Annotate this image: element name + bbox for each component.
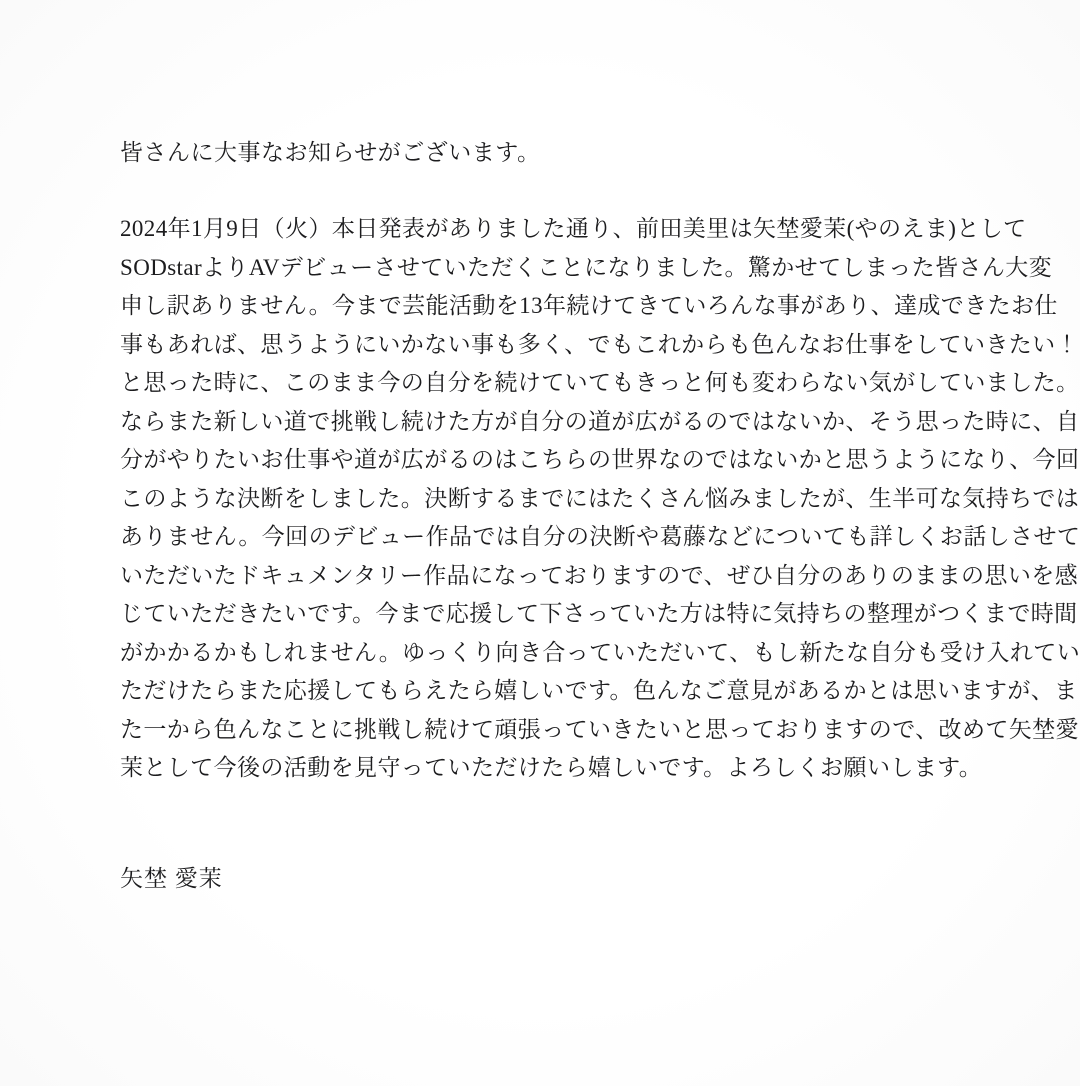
body-line: 分がやりたいお仕事や道が広がるのはこちらの世界なのではないかと思うようになり、今… (120, 441, 968, 480)
body-line: ならまた新しい道で挑戦し続けた方が自分の道が広がるのではないか、そう思った時に、… (120, 403, 968, 442)
letter-content: 皆さんに大事なお知らせがございます。 2024年1月9日（火）本日発表がありまし… (120, 138, 968, 917)
letter-page: 皆さんに大事なお知らせがございます。 2024年1月9日（火）本日発表がありまし… (0, 0, 1080, 1086)
body-line: じていただきたいです。今まで応援して下さっていた方は特に気持ちの整理がつくまで時… (120, 595, 968, 634)
body-line: いただいたドキュメンタリー作品になっておりますので、ぜひ自分のありのままの思いを… (120, 557, 968, 596)
body-line: 申し訳ありません。今まで芸能活動を13年続けてきていろんな事があり、達成できたお… (120, 287, 968, 326)
body-line: 事もあれば、思うようにいかない事も多く、でもこれからも色んなお仕事をしていきたい… (120, 326, 968, 365)
body-line: このような決断をしました。決断するまでにはたくさん悩みましたが、生半可な気持ちで… (120, 480, 968, 519)
body-line: ありません。今回のデビュー作品では自分の決断や葛藤などについても詳しくお話しさせ… (120, 518, 968, 557)
body-line: がかかるかもしれません。ゆっくり向き合っていただいて、もし新たな自分も受け入れて… (120, 634, 968, 673)
body-line: 2024年1月9日（火）本日発表がありました通り、前田美里は矢埜愛茉(やのえま)… (120, 210, 968, 249)
body-line: ただけたらまた応援してもらえたら嬉しいです。色んなご意見があるかとは思いますが、… (120, 672, 968, 711)
letter-signature: 矢埜 愛茉 (120, 864, 968, 894)
letter-greeting: 皆さんに大事なお知らせがございます。 (120, 138, 968, 168)
body-line: た一から色んなことに挑戦し続けて頑張っていきたいと思っておりますので、改めて矢埜… (120, 711, 968, 750)
letter-body: 2024年1月9日（火）本日発表がありました通り、前田美里は矢埜愛茉(やのえま)… (120, 210, 968, 788)
body-line: 茉として今後の活動を見守っていただけたら嬉しいです。よろしくお願いします。 (120, 749, 968, 788)
body-line: SODstarよりAVデビューさせていただくことになりました。驚かせてしまった皆… (120, 249, 968, 288)
body-line: と思った時に、このまま今の自分を続けていてもきっと何も変わらない気がしていました… (120, 364, 968, 403)
